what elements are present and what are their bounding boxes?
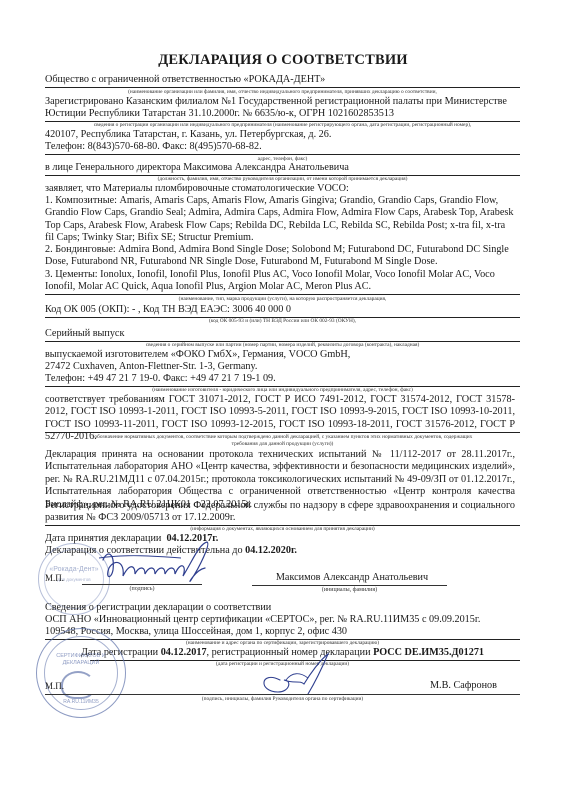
standards-caption-line1: (обозначение нормативных документов, соо… [45,434,520,441]
applicant-signer-name: Максимов Александр Анатольевич [267,572,437,585]
registration-body-line2: 109548, Россия, Москва, улица Шоссейная,… [45,626,510,639]
products-intro: заявляет, что Материалы пломбировочные с… [45,183,510,196]
page-title: ДЕКЛАРАЦИЯ О СООТВЕТСТВИИ [0,52,566,69]
applicant-name: Общество с ограниченной ответственностью… [45,74,510,87]
manufacturer-line1: выпускаемой изготовителем «ФОКО ГмбХ», Г… [45,349,510,362]
products-item-composites: 1. Композитные: Amaris, Amaris Caps, Ama… [45,195,515,245]
validity-date-value: 04.12.2020г. [245,545,297,556]
registration-heading: Сведения о регистрации декларации о соот… [45,602,510,615]
applicant-registration-line2: Юстиции Республики Татарстан 31.10.2000г… [45,108,510,121]
products-item-cements: 3. Цементы: Ionolux, Ionofil, Ionofil Pl… [45,269,515,294]
standards-caption-line2: требования для данной продукции (услуги)… [45,441,520,448]
manufacturer-line2: 27472 Cuxhaven, Anton-Flettner-Str. 1-3,… [45,361,510,374]
manufacturer-line3: Телефон: +49 47 21 7 19-0. Факс: +49 47 … [45,373,510,386]
release-type: Серийный выпуск [45,328,510,341]
applicant-registration-line1: Зарегистрировано Казанским филиалом №1 Г… [45,96,510,109]
applicant-signature [95,540,225,590]
certifier-name: М.В. Сафронов [430,680,515,693]
certifier-signature [250,650,340,700]
applicant-registration-caption: сведения о регистрации организации или и… [45,122,520,129]
divider [45,432,520,433]
product-codes-caption: (код ОК 005-93 и (или) ТН ВЭД России или… [45,318,520,325]
certifier-stamp: СЕРТИФИКАТОВ И ДЕКЛАРАЦИЙ RA.RU.11ИМ35 [36,628,126,718]
applicant-name-caption: (наименование организации или фамилия, и… [45,89,520,96]
applicant-phone-fax: Телефон: 8(843)570-68-80. Факс: 8(495)57… [45,141,510,154]
divider [45,87,520,88]
certifier-mp: М.П. [45,680,75,693]
divider [45,294,520,295]
divider [45,154,520,155]
applicant-mp: М.П. [45,572,75,585]
registration-body-line1: ОСП АНО «Инновационный центр сертификаци… [45,614,510,627]
certifier-stamp-text: СЕРТИФИКАТОВ И ДЕКЛАРАЦИЙ [47,653,115,666]
applicant-representative: в лице Генерального директора Максимова … [45,162,510,175]
applicant-name-line [252,585,447,586]
certifier-signature-line [45,694,520,695]
applicant-representative-caption: (должность, фамилия, имя, отчество руков… [45,176,520,183]
basis-paragraph2: Регистрационного удостоверения Федеральн… [45,500,515,525]
applicant-name-caption: (инициалы, фамилия) [252,587,447,593]
basis-caption: (информация о документах, являющихся осн… [45,526,520,533]
release-caption: сведения о серийном выпуске или партии (… [45,342,520,349]
products-item-bonding: 2. Бондинговые: Admira Bond, Admira Bond… [45,244,515,269]
certifier-caption: (подпись, инициалы, фамилия Руководителя… [45,696,520,703]
applicant-address: 420107, Республика Татарстан, г. Казань,… [45,129,510,142]
declaration-page: ДЕКЛАРАЦИЯ О СООТВЕТСТВИИ Общество с огр… [0,0,566,800]
registration-number-value: РОСС DE.ИМ35.Д01271 [373,647,484,658]
products-caption: (наименование, тип, марка продукции (усл… [45,296,520,303]
product-codes: Код ОК 005 (ОКП): - , Код ТН ВЭД ЕАЭС: 3… [45,304,510,317]
manufacturer-caption: (наименование изготовителя - юридическог… [45,387,520,394]
registration-date-value: 04.12.2017 [161,647,207,658]
